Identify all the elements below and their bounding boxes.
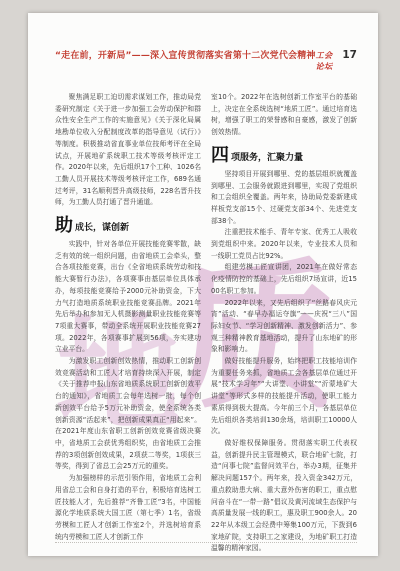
header-right-group: 工会论坛 17 bbox=[316, 49, 357, 72]
paragraph: 注重把技术能手、青年专家、优秀工人吸收到党组织中来。2020年以来，专业技术人员… bbox=[211, 227, 357, 262]
column-right: 室10个。2022年在选树创新工作室平台的基础上，决定在全系统选树“地质工匠”。… bbox=[211, 92, 357, 555]
section-heading-zhu: 助 成长，谋创新 bbox=[55, 218, 201, 234]
magazine-page: “走在前，开新局”——深入宣传贯彻落实省第十二次党代会精神 工会论坛 17 地 … bbox=[28, 13, 378, 556]
paragraph: 做好维权保障服务。贯彻落实职工代表权益，创新提升民主管理模式，联合地矿七院，打造… bbox=[211, 438, 357, 555]
section-initial-char: 助 bbox=[55, 218, 73, 234]
section-initial-char: 四 bbox=[211, 148, 229, 164]
section-heading-text: 项服务，汇聚力量 bbox=[231, 152, 303, 164]
paragraph: 做好技能提升服务，始终把职工技能培训作为重要任务来抓，省地质工会各基层单位通过开… bbox=[211, 356, 357, 438]
article-body: 聚焦满足职工迫切需求谋划工作，推动局党委研究制定《关于进一步加强工会劳动保护和群… bbox=[55, 92, 357, 555]
paragraph-continuation: 室10个。2022年在选树创新工作室平台的基础上，决定在全系统选树“地质工匠”。… bbox=[211, 92, 357, 139]
section-heading-si: 四 项服务，汇聚力量 bbox=[211, 148, 357, 164]
paragraph: 为激发职工创新创效热情，推动职工创新创效竞赛活动和工匠人才培育持续深入开展，制定… bbox=[55, 356, 201, 473]
paragraph: 实践中，针对各单位开展技能竞赛零散，缺乏有效的统一组织问题，由省地质工会牵头，整… bbox=[55, 239, 201, 356]
column-left: 聚焦满足职工迫切需求谋划工作，推动局党委研究制定《关于进一步加强工会劳动保护和群… bbox=[55, 92, 201, 555]
journal-section-logo: 工会论坛 bbox=[316, 50, 337, 72]
paragraph: 坚持项目开展到哪里、党的基层组织就覆盖到哪里、工会服务就跟进到哪里，实现了党组织… bbox=[211, 169, 357, 228]
paragraph: 2022年以来，又先后组织了“丝路春风庆元宵”活动、“春早办福运夺旗”——庆祝“… bbox=[211, 298, 357, 357]
page-header: “走在前，开新局”——深入宣传贯彻落实省第十二次党代会精神 工会论坛 17 bbox=[55, 48, 357, 72]
footer-dotted-rule bbox=[55, 542, 357, 543]
section-heading-text: 成长，谋创新 bbox=[75, 222, 129, 234]
header-slogan-title: “走在前，开新局”——深入宣传贯彻落实省第十二次党代会精神 bbox=[55, 48, 316, 61]
paragraph: 组建劳模工匠宣讲团，2021年在做好常态化疫情防控的基础上，先后组织7场宣讲，近… bbox=[211, 262, 357, 297]
page-number: 17 bbox=[342, 49, 357, 61]
paragraph-intro: 聚焦满足职工迫切需求谋划工作，推动局党委研究制定《关于进一步加强工会劳动保护和群… bbox=[55, 92, 201, 209]
paragraph: 为加强榜样的示范引领作用，省地质工会利用省总工会和自身打造的平台，积极培育选树工… bbox=[55, 473, 201, 543]
magazine-page-background: { "header": { "title": "“走在前，开新局”——深入宣传贯… bbox=[0, 0, 400, 571]
